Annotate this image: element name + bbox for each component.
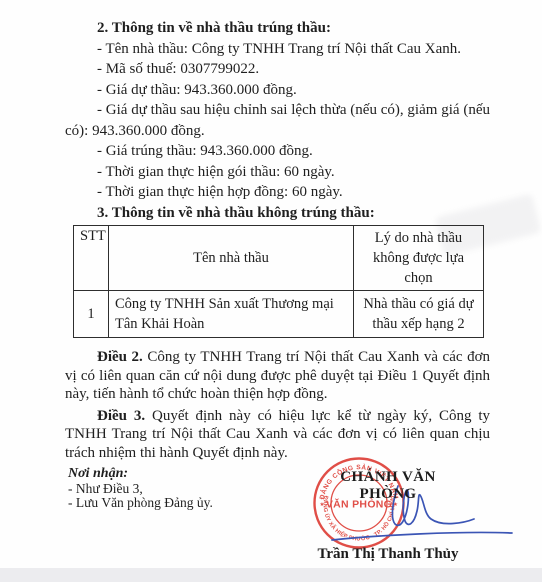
table-header-row: STT Tên nhà thầu Lý do nhà thầu không đư… [74,226,484,291]
cell-reason: Nhà thầu có giá dự thầu xếp hạng 2 [354,291,484,338]
signer-title: CHÁNH VĂN PHÒNG [310,469,466,503]
cell-contractor-name: Công ty TNHH Sản xuất Thương mại Tân Khả… [109,291,354,338]
page-bottom-strip [0,568,542,582]
table-row: 1 Công ty TNHH Sản xuất Thương mại Tân K… [74,291,484,338]
document-body: 2. Thông tin về nhà thầu trúng thầu: - T… [0,0,542,462]
bullet-tax-code: - Mã số thuế: 0307799022. [65,59,490,80]
section3-heading: 3. Thông tin về nhà thầu không trúng thầ… [65,203,490,224]
recipient-line: - Lưu Văn phòng Đảng ủy. [68,496,213,511]
section2-heading: 2. Thông tin về nhà thầu trúng thầu: [65,18,490,39]
article-2: Điều 2. Công ty TNHH Trang trí Nội thất … [65,348,490,404]
bullet-bid-price: - Giá dự thầu: 943.360.000 đồng. [65,80,490,101]
bullet-contractor-name: - Tên nhà thầu: Công ty TNHH Trang trí N… [65,39,490,60]
document-page: 2. Thông tin về nhà thầu trúng thầu: - T… [0,0,542,582]
article-2-label: Điều 2. [97,349,143,365]
bullet-package-duration: - Thời gian thực hiện gói thầu: 60 ngày. [65,162,490,183]
signer-name: Trần Thị Thanh Thủy [310,546,466,563]
recipients-heading: Nơi nhận: [68,467,213,482]
header-stt: STT [74,226,109,291]
header-reason: Lý do nhà thầu không được lựa chọn [354,226,484,291]
cell-stt: 1 [74,291,109,338]
article-3-label: Điều 3. [97,408,145,424]
bullet-contract-duration: - Thời gian thực hiện hợp đồng: 60 ngày. [65,182,490,203]
bullet-winning-price: - Giá trúng thầu: 943.360.000 đồng. [65,141,490,162]
article-3: Điều 3. Quyết định này có hiệu lực kể từ… [65,407,490,463]
header-contractor-name: Tên nhà thầu [109,226,354,291]
losing-contractors-table: STT Tên nhà thầu Lý do nhà thầu không đư… [73,225,484,338]
recipient-line: - Như Điều 3, [68,482,213,497]
recipients-block: Nơi nhận: - Như Điều 3, - Lưu Văn phòng … [68,467,213,511]
bullet-adjusted-price: - Giá dự thầu sau hiệu chỉnh sai lệch th… [65,100,490,141]
